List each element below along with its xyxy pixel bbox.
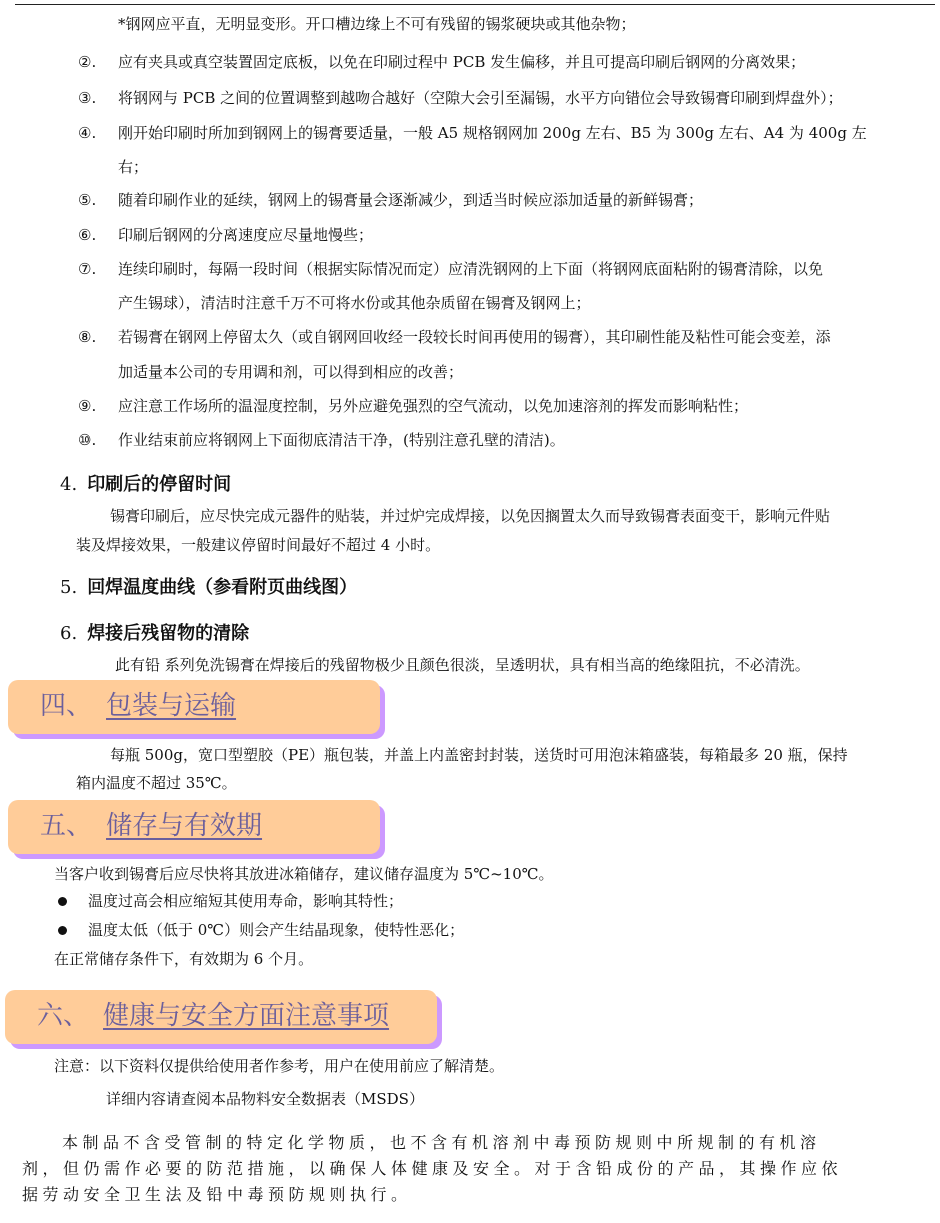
item-number: ⑤. [78, 190, 96, 210]
section-prefix: 五、 [40, 811, 92, 841]
list-item: 若锡膏在钢网上停留太久（或自钢网回收经一段较长时间再使用的锡膏），其印刷性能及粘… [118, 327, 831, 347]
subsection-title: 回焊温度曲线（参看附页曲线图） [87, 577, 357, 598]
section-title: 储存与有效期 [106, 811, 262, 841]
item-number: ②. [78, 52, 96, 72]
safety-paragraph-line: 本制品不含受管制的特定化学物质，也不含有机溶剂中毒预防规则中所规制的有机溶 [22, 1130, 927, 1156]
paragraph-line: 装及焊接效果，一般建议停留时间最好不超过 4 小时。 [76, 535, 440, 555]
msds-reference: 详细内容请查阅本品物料安全数据表（MSDS） [106, 1089, 424, 1109]
stencil-note: *钢网应平直，无明显变形。开口槽边缘上不可有残留的锡浆硬块或其他杂物； [118, 14, 636, 34]
paragraph-line: 锡膏印刷后，应尽快完成元器件的贴装，并过炉完成焊接，以免因搁置太久而导致锡膏表面… [110, 506, 830, 526]
item-number: ⑦. [78, 259, 96, 279]
item-number: ⑧. [78, 327, 96, 347]
section-title: 健康与安全方面注意事项 [103, 1001, 389, 1031]
list-item: 随着印刷作业的延续，钢网上的锡膏量会逐渐减少，到适当时候应添加适量的新鲜锡膏； [118, 190, 703, 210]
subsection-number: 5. [60, 577, 77, 598]
list-item: 印刷后钢网的分离速度应尽量地慢些； [118, 225, 373, 245]
section-banner-storage: 五、储存与有效期 [8, 800, 380, 854]
subsection-title: 印刷后的停留时间 [87, 474, 231, 495]
list-item: 应有夹具或真空装置固定底板，以免在印刷过程中 PCB 发生偏移，并且可提高印刷后… [118, 52, 805, 72]
section-title: 包装与运输 [106, 691, 236, 721]
safety-paragraph-line: 据劳动安全卫生法及铅中毒预防规则执行。 [22, 1182, 927, 1208]
safety-paragraph-line: 剂，但仍需作必要的防范措施，以确保人体健康及安全。对于含铅成份的产品，其操作应依 [22, 1156, 927, 1182]
item-number: ⑩. [78, 430, 96, 450]
subsection-number: 6. [60, 623, 77, 644]
bullet-icon [58, 926, 67, 935]
paragraph-line: 此有铅 系列免洗锡膏在焊接后的残留物极少且颜色很淡，呈透明状，具有相当高的绝缘阻… [115, 655, 810, 675]
paragraph-line: 箱内温度不超过 35℃。 [76, 773, 237, 793]
subsection-heading-dwell-time: 4.印刷后的停留时间 [60, 473, 231, 497]
section-banner-packaging: 四、包装与运输 [8, 680, 380, 734]
item-number: ⑨. [78, 396, 96, 416]
notice-line: 注意：以下资料仅提供给使用者作参考，用户在使用前应了解清楚。 [54, 1056, 504, 1076]
top-rule [15, 4, 935, 5]
subsection-number: 4. [60, 474, 77, 495]
paragraph-line: 当客户收到锡膏后应尽快将其放进冰箱储存，建议储存温度为 5℃~10℃。 [54, 864, 554, 884]
section-banner-health-safety: 六、健康与安全方面注意事项 [5, 990, 437, 1044]
bullet-icon [58, 897, 67, 906]
subsection-heading-reflow-curve: 5.回焊温度曲线（参看附页曲线图） [60, 576, 357, 600]
paragraph-line: 每瓶 500g，宽口型塑胶（PE）瓶包装，并盖上内盖密封封装，送货时可用泡沫箱盛… [110, 745, 848, 765]
item-number: ④. [78, 123, 96, 143]
bullet-item: 温度过高会相应缩短其使用寿命，影响其特性； [88, 891, 403, 911]
list-item: 连续印刷时，每隔一段时间（根据实际情况而定）应清洗钢网的上下面（将钢网底面粘附的… [118, 259, 823, 279]
list-item: 将钢网与 PCB 之间的位置调整到越吻合越好（空隙大会引至漏锡，水平方向错位会导… [118, 88, 843, 108]
list-item-cont: 加适量本公司的专用调和剂，可以得到相应的改善； [118, 362, 463, 382]
subsection-title: 焊接后残留物的清除 [87, 623, 249, 644]
list-item-cont: 产生锡球），清洁时注意千万不可将水份或其他杂质留在锡膏及钢网上； [118, 293, 591, 313]
item-number: ⑥. [78, 225, 96, 245]
paragraph-line: 在正常储存条件下，有效期为 6 个月。 [54, 949, 313, 969]
bullet-item: 温度太低（低于 0℃）则会产生结晶现象，使特性恶化； [88, 920, 464, 940]
list-item: 刚开始印刷时所加到钢网上的锡膏要适量，一般 A5 规格钢网加 200g 左右、B… [118, 123, 867, 143]
item-number: ③. [78, 88, 96, 108]
list-item: 应注意工作场所的温湿度控制，另外应避免强烈的空气流动，以免加速溶剂的挥发而影响粘… [118, 396, 748, 416]
section-prefix: 四、 [40, 691, 92, 721]
list-item-cont: 右； [118, 157, 148, 177]
subsection-heading-residue: 6.焊接后残留物的清除 [60, 622, 249, 646]
list-item: 作业结束前应将钢网上下面彻底清洁干净，(特别注意孔壁的清洁)。 [118, 430, 565, 450]
section-prefix: 六、 [37, 1001, 89, 1031]
